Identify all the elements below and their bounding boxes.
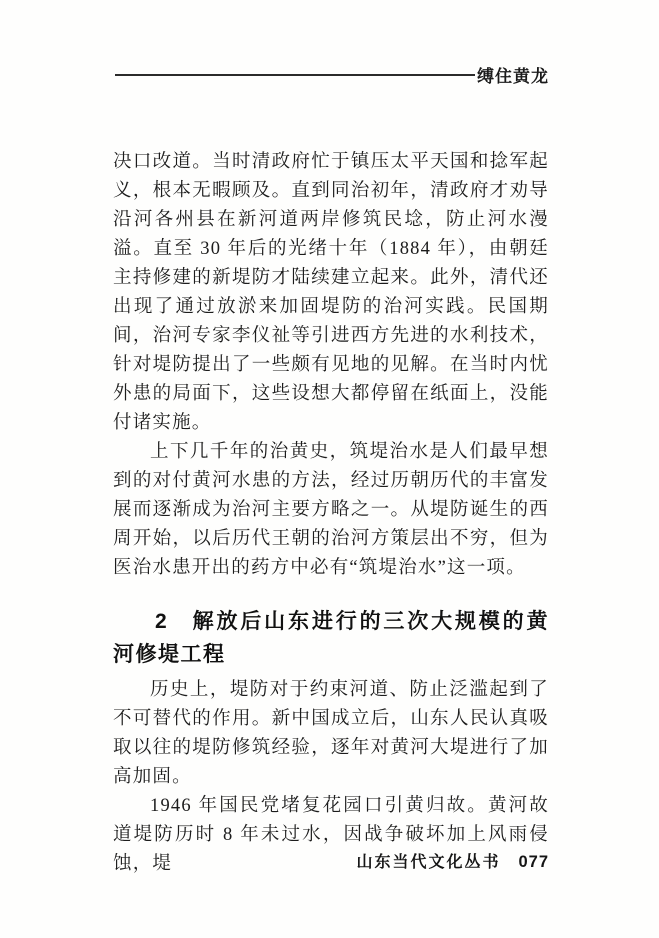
header-rule	[115, 74, 475, 76]
section-heading: 2解放后山东进行的三次大规模的黄河修堤工程	[113, 605, 549, 671]
running-title: 缚住黄龙	[477, 62, 549, 87]
book-page: 缚住黄龙 决口改道。当时清政府忙于镇压太平天国和捻军起义，根本无暇顾及。直到同治…	[0, 0, 659, 938]
paragraph-new-china-dike-reinforcement: 历史上，堤防对于约束河道、防止泛滥起到了不可替代的作用。新中国成立后，山东人民认…	[113, 676, 549, 792]
section-number: 2	[155, 610, 168, 633]
running-header: 缚住黄龙	[115, 62, 549, 87]
page-footer: 山东当代文化丛书077	[356, 849, 549, 872]
section-title: 解放后山东进行的三次大规模的黄河修堤工程	[113, 610, 549, 666]
body-text: 决口改道。当时清政府忙于镇压太平天国和捻军起义，根本无暇顾及。直到同治初年，清政…	[113, 148, 549, 879]
paragraph-qing-dynasty-dikes: 决口改道。当时清政府忙于镇压太平天国和捻军起义，根本无暇顾及。直到同治初年，清政…	[113, 148, 549, 438]
series-title: 山东当代文化丛书	[356, 854, 500, 871]
paragraph-history-of-dike-building: 上下几千年的治黄史，筑堤治水是人们最早想到的对付黄河水患的方法，经过历朝历代的丰…	[113, 438, 549, 583]
page-number: 077	[518, 853, 549, 871]
